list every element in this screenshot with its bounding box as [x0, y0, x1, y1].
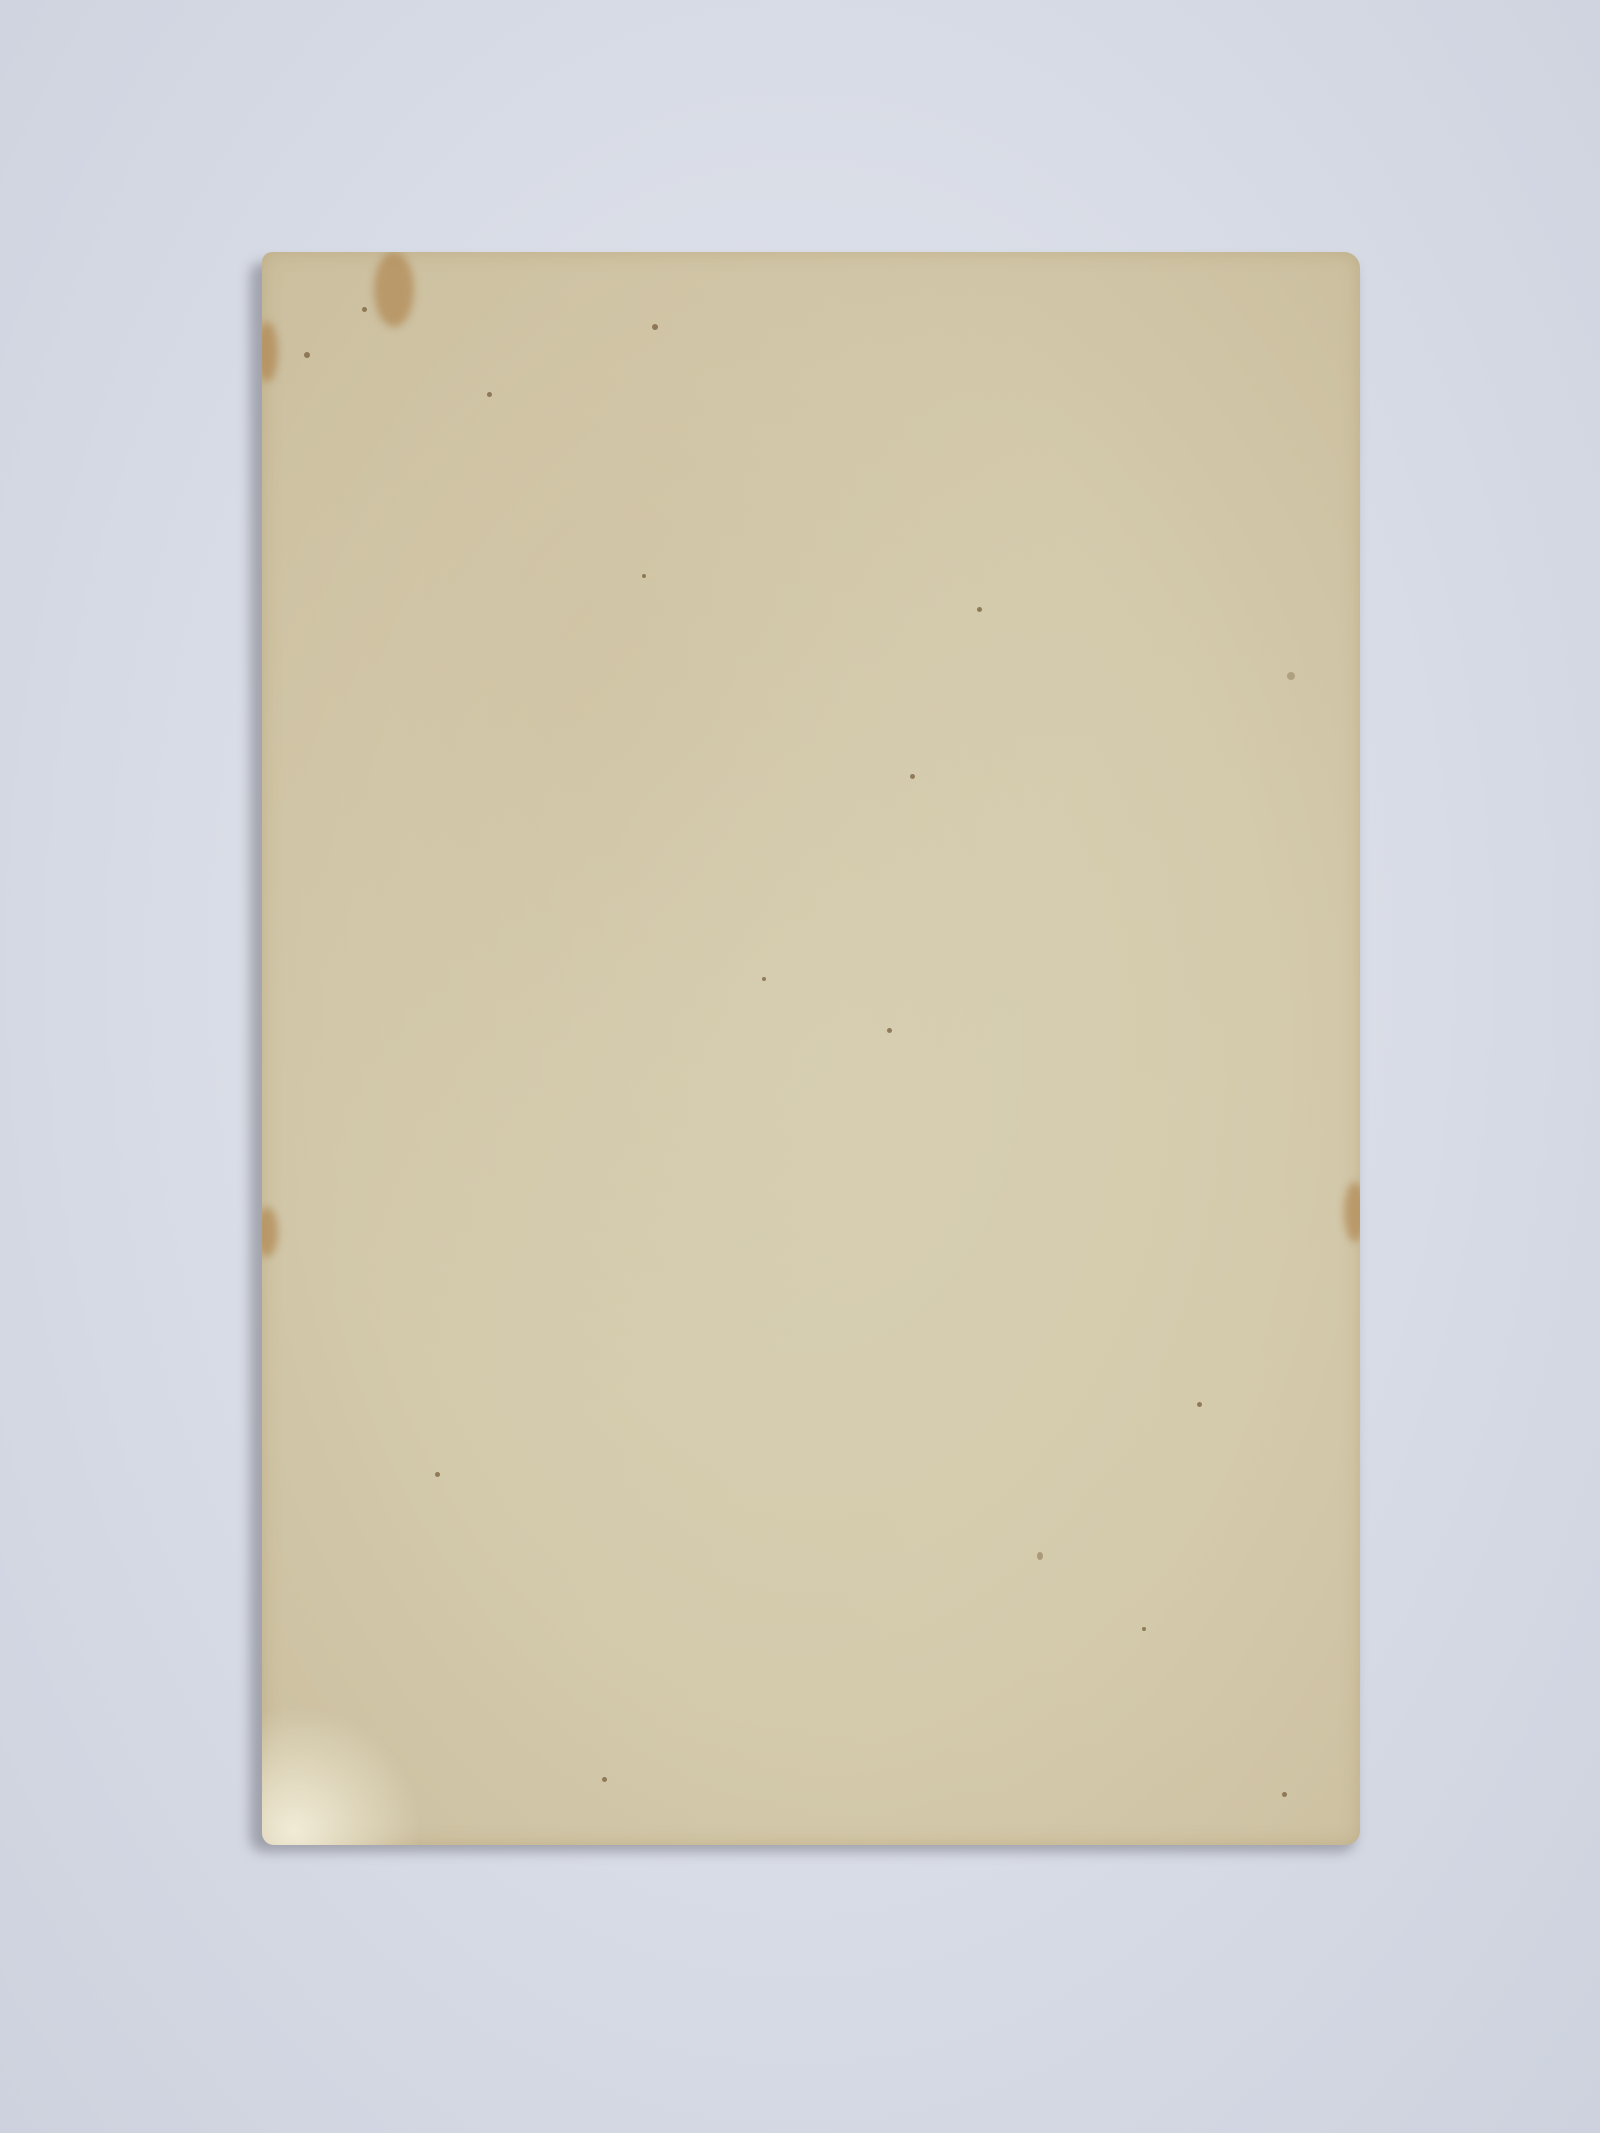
foxing-spot: [1037, 1552, 1043, 1560]
foxing-spot: [642, 574, 646, 578]
foxing-spot: [762, 977, 766, 981]
foxing-spot: [435, 1472, 440, 1477]
stain-left-upper: [262, 322, 278, 382]
foxing-spot: [304, 352, 310, 358]
stain-top: [374, 252, 414, 327]
foxing-spot: [977, 607, 982, 612]
foxing-spot: [652, 324, 658, 330]
foxing-spot: [362, 307, 367, 312]
foxing-spot: [1287, 672, 1295, 680]
foxing-spot: [487, 392, 492, 397]
foxing-spot: [602, 1777, 607, 1782]
stain-left-lower: [262, 1207, 278, 1257]
blank-paper-card: [262, 252, 1360, 1845]
stain-right: [1344, 1182, 1360, 1242]
foxing-spot: [910, 774, 915, 779]
foxing-spot: [1282, 1792, 1287, 1797]
background-surface: [0, 0, 1600, 2133]
paper-corner-highlight: [262, 1705, 422, 1845]
foxing-spot: [1197, 1402, 1202, 1407]
foxing-spot: [1142, 1627, 1146, 1631]
foxing-spot: [887, 1028, 892, 1033]
